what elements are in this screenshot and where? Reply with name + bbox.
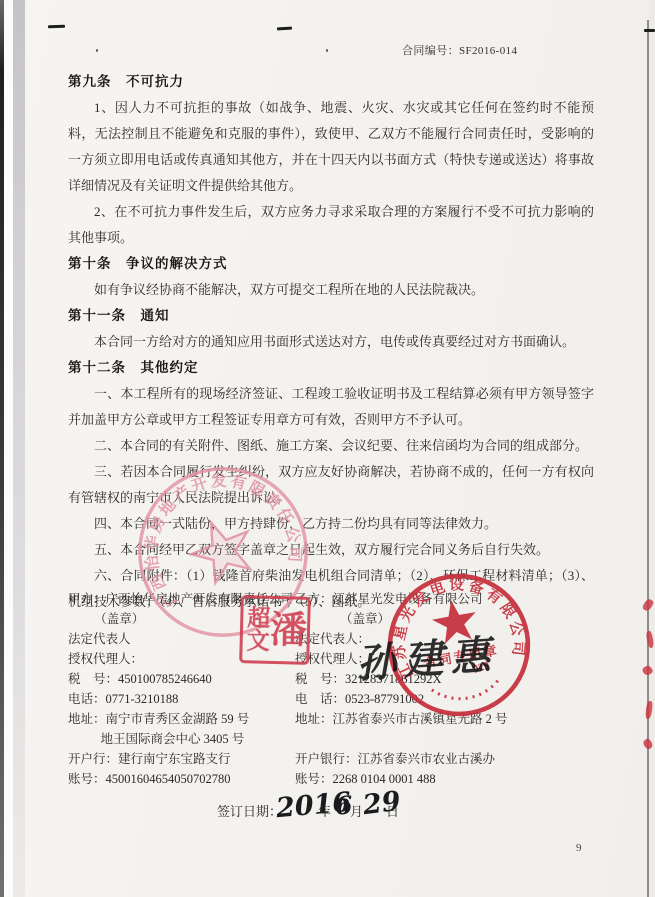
party-b-blank-row [295, 729, 600, 749]
contract-number: 合同编号：SF2016-014 [402, 42, 517, 58]
article-10-paragraph: 如有争议经协商不能解决，双方可提交工程所在地的人民法院裁决。 [68, 277, 594, 303]
month-unit: 月 [350, 801, 363, 820]
party-a-phone: 电话：0771-3210188 [68, 689, 303, 709]
article-12-heading: 第十二条 其他约定 [68, 355, 594, 381]
scan-artifact-dot [96, 49, 98, 52]
article-11-paragraph: 本合同一方给对方的通知应用书面形式送达对方，电传或传真要经过对方书面确认。 [68, 329, 594, 355]
article-9-paragraph: 1、因人力不可抗拒的事故（如战争、地震、火灾、水灾或其它任何在签约时不能预料，无… [68, 95, 594, 199]
year-unit: 年 [318, 801, 331, 820]
scanned-contract-page: 合同编号：SF2016-014 第九条 不可抗力 1、因人力不可抗拒的事故（如战… [0, 0, 655, 897]
scan-left-edge-highlight [4, 0, 13, 897]
signing-date-label: 签订日期： [217, 801, 282, 820]
article-11-heading: 第十一条 通知 [68, 303, 594, 329]
scan-artifact-dash [48, 25, 65, 29]
signature-handwriting: 孙建惠 [354, 623, 499, 690]
star-icon [183, 511, 260, 587]
personal-seal-char: 超 [247, 606, 271, 630]
scan-right-edge-margin [649, 0, 655, 897]
page-number: 9 [576, 842, 582, 854]
scan-artifact-dash [277, 27, 292, 31]
scan-left-edge-gray-band [13, 0, 25, 897]
article-9-paragraph: 2、在不可抗力事件发生后，双方应务力寻求采取合理的方案履行不受不可抗力影响的其他… [68, 199, 594, 251]
day-unit: 日 [386, 801, 399, 820]
party-a-address-line1: 地址：南宁市青秀区金湖路 59 号 [68, 709, 303, 729]
personal-seal-left-column: 超 文 [246, 606, 270, 653]
party-a-bank: 开户行：建行南宁东宝路支行 [68, 749, 303, 769]
personal-seal-char: 文 [246, 629, 270, 653]
article-9-heading: 第九条 不可抗力 [68, 69, 594, 95]
scan-artifact-dash [644, 29, 655, 32]
party-a-account: 账号：45001604654050702780 [68, 769, 303, 789]
article-10-heading: 第十条 争议的解决方式 [68, 251, 594, 277]
personal-name-seal: 超 文 潘 [239, 595, 311, 665]
scan-artifact-dot [326, 49, 328, 52]
party-b-account: 账号：2268 0104 0001 488 [295, 769, 600, 789]
article-12-paragraph: 一、本工程所有的现场经济签证、工程竣工验收证明书及工程结算必须有甲方领导签字并加… [68, 381, 594, 433]
personal-seal-char: 潘 [270, 611, 308, 649]
party-b-bank: 开户银行：江苏省泰兴市农业古溪办 [295, 749, 600, 769]
party-a-address-line2: 地王国际商会中心 3405 号 [68, 729, 303, 749]
party-a-tax-no: 税 号：450100785246640 [68, 669, 303, 689]
